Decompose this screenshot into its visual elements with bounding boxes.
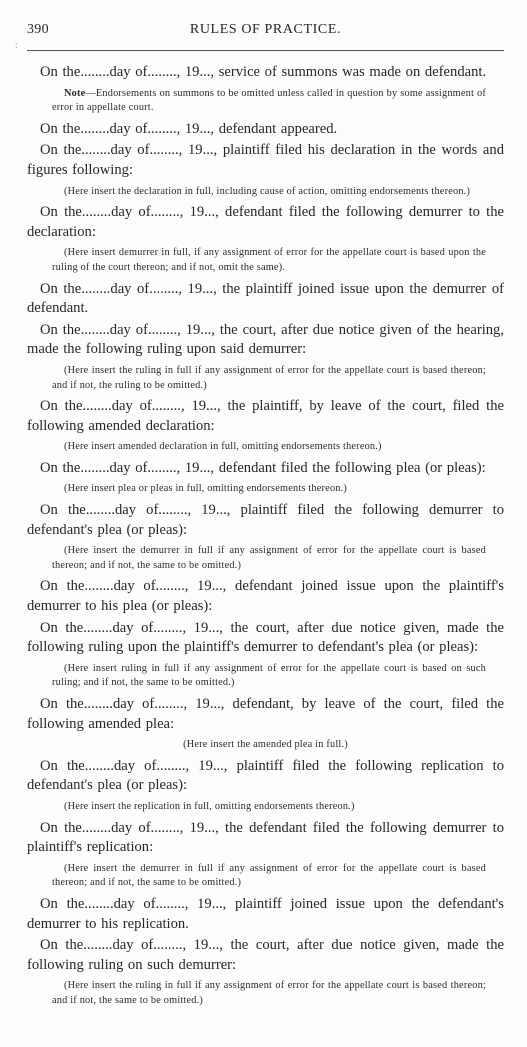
note-plea: (Here insert plea or pleas in full, omit…: [52, 482, 486, 497]
running-title: RULES OF PRACTICE.: [27, 22, 504, 38]
note-amended-declaration: (Here insert amended declaration in full…: [52, 440, 486, 455]
page-body: On the........day of........, 19..., ser…: [27, 63, 504, 1013]
note-demurrer-replication: (Here insert the demurrer in full if any…: [52, 862, 486, 891]
header-rule: [27, 50, 504, 51]
paragraph-appeared: On the........day of........, 19..., def…: [27, 120, 504, 140]
note-text: —Endorsements on summons to be omitted u…: [52, 88, 486, 114]
paragraph-ruling-demurrer: On the........day of........, 19..., the…: [27, 321, 504, 360]
margin-mark: :: [15, 40, 18, 50]
note-replication: (Here insert the replication in full, om…: [52, 800, 486, 815]
note-label: Note: [64, 88, 85, 99]
note-ruling: (Here insert the ruling in full if any a…: [52, 364, 486, 393]
paragraph-amended-plea: On the........day of........, 19..., def…: [27, 695, 504, 734]
note-ruling-plea: (Here insert ruling in full if any assig…: [52, 662, 486, 691]
book-page: : 390 RULES OF PRACTICE. On the........d…: [0, 0, 527, 1047]
note-demurrer: (Here insert demurrer in full, if any as…: [52, 246, 486, 275]
paragraph-summons: On the........day of........, 19..., ser…: [27, 63, 504, 83]
paragraph-amended-declaration: On the........day of........, 19..., the…: [27, 397, 504, 436]
paragraph-demurrer-declaration: On the........day of........, 19..., def…: [27, 203, 504, 242]
note-amended-plea: (Here insert the amended plea in full.): [27, 738, 504, 753]
paragraph-demurrer-plea: On the........day of........, 19..., pla…: [27, 501, 504, 540]
paragraph-joined-issue-plea: On the........day of........, 19..., def…: [27, 577, 504, 616]
note-declaration: (Here insert the declaration in full, in…: [52, 185, 486, 200]
note-endorsements: Note—Endorsements on summons to be omitt…: [52, 87, 486, 116]
paragraph-declaration: On the........day of........, 19..., pla…: [27, 141, 504, 180]
paragraph-ruling-replication: On the........day of........, 19..., the…: [27, 936, 504, 975]
note-demurrer-plea: (Here insert the demurrer in full if any…: [52, 544, 486, 573]
page-header: 390 RULES OF PRACTICE.: [27, 22, 504, 42]
paragraph-joined-issue: On the........day of........, 19..., the…: [27, 280, 504, 319]
paragraph-replication: On the........day of........, 19..., pla…: [27, 757, 504, 796]
paragraph-plea: On the........day of........, 19..., def…: [27, 459, 504, 479]
paragraph-joined-issue-replication: On the........day of........, 19..., pla…: [27, 895, 504, 934]
paragraph-ruling-plea: On the........day of........, 19..., the…: [27, 619, 504, 658]
note-ruling-replication: (Here insert the ruling in full if any a…: [52, 979, 486, 1008]
paragraph-demurrer-replication: On the........day of........, 19..., the…: [27, 819, 504, 858]
